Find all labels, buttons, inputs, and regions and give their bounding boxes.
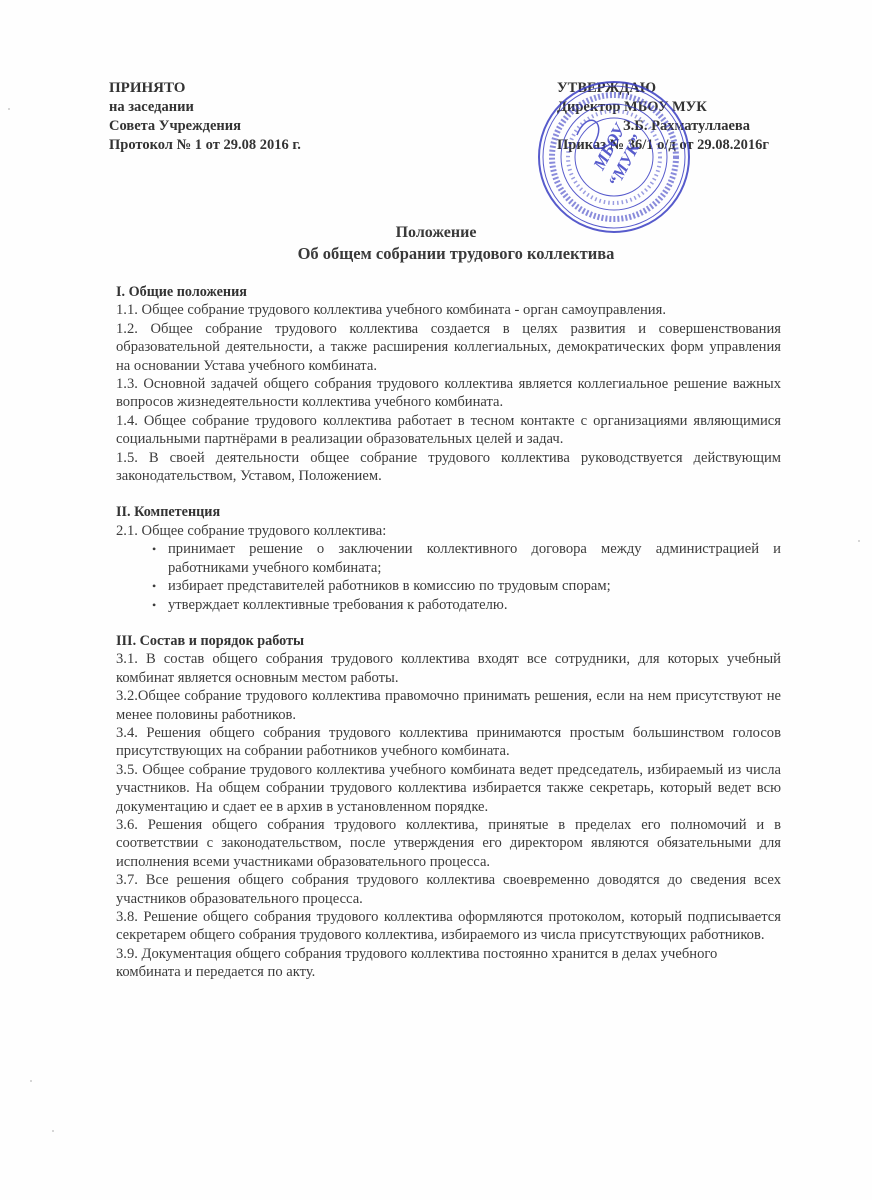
scan-speck <box>30 1080 32 1082</box>
accepted-line-protocol: Протокол № 1 от 29.08 2016 г. <box>109 136 301 155</box>
scan-speck <box>52 1130 54 1132</box>
competence-item: принимает решение о заключении коллектив… <box>154 540 781 577</box>
paragraph-2-1: 2.1. Общее собрание трудового коллектива… <box>116 522 781 540</box>
approval-order: Приказ № 36/1 о/д от 29.08.2016г <box>557 136 769 155</box>
paragraph-3-8: 3.8. Решение общего собрания трудового к… <box>116 908 781 945</box>
paragraph-1-5: 1.5. В своей деятельности общее собрание… <box>116 449 781 486</box>
paragraph-3-5: 3.5. Общее собрание трудового коллектива… <box>116 761 781 816</box>
paragraph-3-2: 3.2.Общее собрание трудового коллектива … <box>116 687 781 724</box>
scan-speck <box>858 540 860 542</box>
approval-director: Директор МБОУ МУК <box>557 98 769 117</box>
section-2-heading: II. Компетенция <box>116 503 781 521</box>
section-3-heading: III. Состав и порядок работы <box>116 632 781 650</box>
paragraph-1-3: 1.3. Основной задачей общего собрания тр… <box>116 375 781 412</box>
scan-speck <box>8 108 10 110</box>
document-title: Положение <box>0 224 872 242</box>
paragraph-1-1: 1.1. Общее собрание трудового коллектива… <box>116 301 781 319</box>
accepted-line-council: Совета Учреждения <box>109 117 301 136</box>
competence-item: утверждает коллективные требования к раб… <box>154 596 781 614</box>
paragraph-1-2: 1.2. Общее собрание трудового коллектива… <box>116 320 781 375</box>
approval-signatory: З.Б. Рахматуллаева <box>557 117 769 136</box>
paragraph-3-9: 3.9. Документация общего собрания трудов… <box>116 945 781 982</box>
paragraph-3-4: 3.4. Решения общего собрания трудового к… <box>116 724 781 761</box>
competence-item: избирает представителей работников в ком… <box>154 577 781 595</box>
approval-heading: УТВЕРЖДАЮ <box>557 79 769 98</box>
scanned-document-page: ПРИНЯТО на заседании Совета Учреждения П… <box>0 0 872 1200</box>
document-body: I. Общие положения 1.1. Общее собрание т… <box>116 283 781 982</box>
accepted-block: ПРИНЯТО на заседании Совета Учреждения П… <box>109 79 301 155</box>
paragraph-3-1: 3.1. В состав общего собрания трудового … <box>116 650 781 687</box>
paragraph-3-7: 3.7. Все решения общего собрания трудово… <box>116 871 781 908</box>
competence-list: принимает решение о заключении коллектив… <box>116 540 781 614</box>
paragraph-3-6: 3.6. Решения общего собрания трудового к… <box>116 816 781 871</box>
document-subtitle: Об общем собрании трудового коллектива <box>20 244 872 264</box>
section-1-heading: I. Общие положения <box>116 283 781 301</box>
approval-block: УТВЕРЖДАЮ Директор МБОУ МУК З.Б. Рахмату… <box>557 79 769 155</box>
accepted-line-meeting: на заседании <box>109 98 301 117</box>
paragraph-1-4: 1.4. Общее собрание трудового коллектива… <box>116 412 781 449</box>
accepted-heading: ПРИНЯТО <box>109 79 301 98</box>
